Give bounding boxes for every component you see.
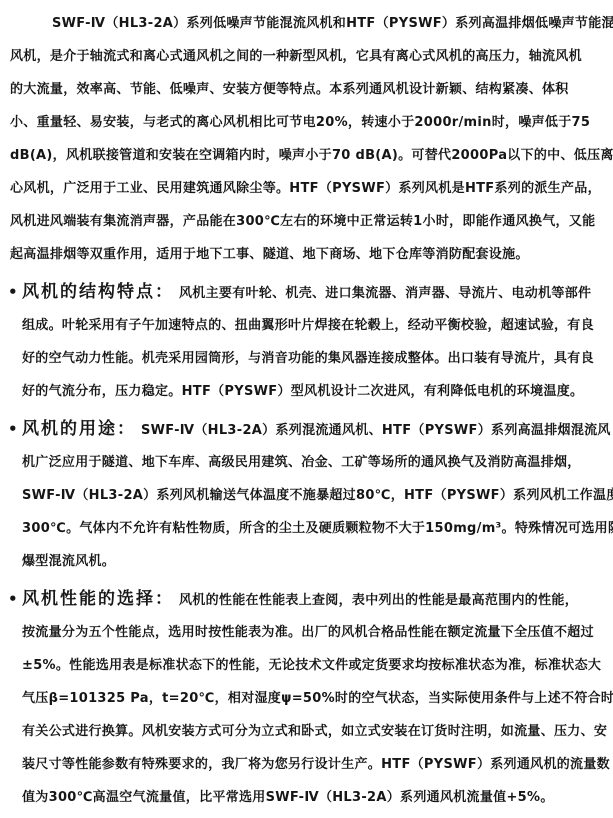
section-lead-text: 风机主要有叶轮、机壳、进口集流器、消声器、导流片、电动机等部件 — [179, 286, 591, 301]
section-text-line: 机广泛应用于隧道、地下车库、高级民用建筑、冶金、工矿等场所的通风换气及消防高温排… — [22, 446, 607, 479]
intro-line: 的大流量，效率高、节能、低噪声、安装方便等特点。本系列通风机设计新颖、结构紧凑、… — [10, 73, 607, 106]
section-text-line: 值为300℃高温空气流量值，比平常选用SWF-Ⅳ（HL3-2A）系列通风机流量值… — [22, 781, 607, 814]
intro-line: 风机进风端装有集流消声器，产品能在300℃左右的环境中正常运转1小时，即能作通风… — [10, 205, 607, 238]
bullet-icon: • — [8, 583, 18, 616]
bullet-icon: • — [8, 276, 18, 309]
section-text-line: 爆型混流风机。 — [22, 545, 607, 578]
intro-line: dB(A)，风机联接管道和安装在空调箱内时，噪声小于70 dB(A)。可替代20… — [10, 139, 607, 172]
section-1: •风机的结构特点：风机主要有叶轮、机壳、进口集流器、消声器、导流片、电动机等部件… — [10, 276, 607, 408]
section-heading-line: •风机的结构特点：风机主要有叶轮、机壳、进口集流器、消声器、导流片、电动机等部件 — [22, 276, 607, 309]
intro-paragraph: SWF-Ⅳ（HL3-2A）系列低噪声节能混流风机和HTF（PYSWF）系列高温排… — [10, 7, 607, 271]
section-title: 风机的结构特点： — [22, 282, 174, 302]
section-heading-line: •风机性能的选择：风机的性能在性能表上查阅，表中列出的性能是最高范围内的性能， — [22, 583, 607, 616]
intro-line: 心风机，广泛用于工业、民用建筑通风除尘等。HTF（PYSWF）系列风机是HTF系… — [10, 172, 607, 205]
section-text-line: ±5%。性能选用表是标准状态下的性能，无论技术文件或定货要求均按标准状态为准，标… — [22, 649, 607, 682]
section-2: •风机的用途：SWF-Ⅳ（HL3-2A）系列混流通风机、HTF（PYSWF）系列… — [10, 413, 607, 578]
section-text-line: SWF-Ⅳ（HL3-2A）系列风机输送气体温度不施暴超过80℃，HTF（PYSW… — [22, 479, 607, 512]
section-lead-text: 风机的性能在性能表上查阅，表中列出的性能是最高范围内的性能， — [179, 593, 578, 608]
section-title: 风机的用途： — [22, 419, 136, 439]
section-text-line: 装尺寸等性能参数有特殊要求的，我厂将为您另行设计生产。HTF（PYSWF）系列通… — [22, 748, 607, 781]
section-text-line: 组成。叶轮采用有子午加速特点的、扭曲翼形叶片焊接在轮毂上，经动平衡校验，超速试验… — [22, 309, 607, 342]
intro-line: 小、重量轻、易安装，与老式的离心风机相比可节电20%，转速小于2000r/min… — [10, 106, 607, 139]
intro-line: 风机，是介于轴流式和离心式通风机之间的一种新型风机，它具有离心式风机的高压力，轴… — [10, 40, 607, 73]
intro-line: 起高温排烟等双重作用，适用于地下工事、隧道、地下商场、地下仓库等消防配套设施。 — [10, 238, 607, 271]
section-lead-text: SWF-Ⅳ（HL3-2A）系列混流通风机、HTF（PYSWF）系列高温排烟混流风 — [141, 423, 611, 438]
section-text-line: 气压β=101325 Pa，t=20℃，相对湿度ψ=50%时的空气状态，当实际使… — [22, 682, 607, 715]
section-text-line: 好的气流分布，压力稳定。HTF（PYSWF）型风机设计二次进风，有利降低电机的环… — [22, 375, 607, 408]
section-text-line: 300℃。气体内不允许有粘性物质，所含的尘土及硬质颗粒物不大于150mg/m³。… — [22, 512, 607, 545]
section-heading-line: •风机的用途：SWF-Ⅳ（HL3-2A）系列混流通风机、HTF（PYSWF）系列… — [22, 413, 607, 446]
document-page: SWF-Ⅳ（HL3-2A）系列低噪声节能混流风机和HTF（PYSWF）系列高温排… — [0, 0, 613, 814]
section-title: 风机性能的选择： — [22, 589, 174, 609]
section-text-line: 有关公式进行换算。风机安装方式可分为立式和卧式，如立式安装在订货时注明，如流量、… — [22, 715, 607, 748]
section-text-line: 好的空气动力性能。机壳采用园筒形，与消音功能的集风器连接成整体。出口装有导流片，… — [22, 342, 607, 375]
sections-container: •风机的结构特点：风机主要有叶轮、机壳、进口集流器、消声器、导流片、电动机等部件… — [10, 276, 607, 814]
intro-line: SWF-Ⅳ（HL3-2A）系列低噪声节能混流风机和HTF（PYSWF）系列高温排… — [10, 7, 607, 40]
bullet-icon: • — [8, 413, 18, 446]
section-3: •风机性能的选择：风机的性能在性能表上查阅，表中列出的性能是最高范围内的性能，按… — [10, 583, 607, 814]
section-text-line: 按流量分为五个性能点，选用时按性能表为准。出厂的风机合格品性能在额定流量下全压值… — [22, 616, 607, 649]
